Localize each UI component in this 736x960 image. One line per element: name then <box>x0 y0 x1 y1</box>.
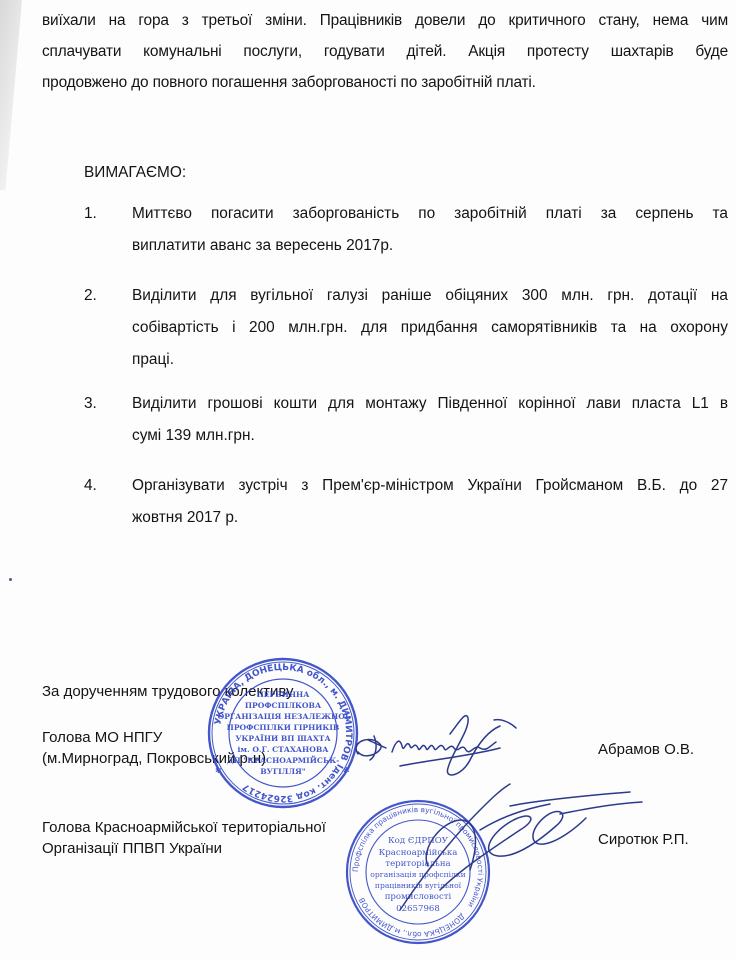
demand-3-line-2: сумі 139 млн.грн. <box>132 420 728 452</box>
svg-text:ПРОФСПІЛКИ ГІРНИКІВ: ПРОФСПІЛКИ ГІРНИКІВ <box>227 723 340 732</box>
demand-text: Організувати зустріч з Прем'єр-міністром… <box>132 470 728 534</box>
svg-text:ОРГАНІЗАЦІЯ НЕЗАЛЕЖНОЇ: ОРГАНІЗАЦІЯ НЕЗАЛЕЖНОЇ <box>218 712 349 721</box>
demand-number: 4. <box>84 470 97 502</box>
union-stamp-1-icon: УКРАЇНА, ДОНЕЦЬКА обл., м. ДИМИТРОВ Іден… <box>205 655 361 811</box>
svg-text:ПЕРВИННА: ПЕРВИННА <box>257 690 311 699</box>
intro-line-1: виїхали на гора з третьої зміни. Працівн… <box>42 5 728 36</box>
demand-4-line-1: Організувати зустріч з Прем'єр-міністром… <box>132 470 728 502</box>
demand-number: 2. <box>84 280 97 312</box>
svg-text:ДП "КРАСНОАРМІЙСЬК-: ДП "КРАСНОАРМІЙСЬК- <box>227 755 340 765</box>
intro-line-2: сплачувати комунальні послуги, годувати … <box>42 36 728 67</box>
intro-paragraph: виїхали на гора з третьої зміни. Працівн… <box>42 5 728 98</box>
demand-text: Виділити грошові кошти для монтажу Півде… <box>132 388 728 452</box>
signer2-title-line2: Організації ППВП України <box>42 839 222 859</box>
demand-2-line-2: собівартість і 200 млн.грн. для придбанн… <box>132 312 728 344</box>
svg-text:УКРАЇНИ ВП ШАХТА: УКРАЇНИ ВП ШАХТА <box>235 734 331 743</box>
signer2-title-line1: Голова Красноармійської територіальної <box>42 818 326 838</box>
svg-text:ПРОФСПІЛКОВА: ПРОФСПІЛКОВА <box>245 701 322 710</box>
page-edge-shadow <box>0 0 22 190</box>
intro-line-3: продовжено до повного погашення заборгов… <box>42 67 728 98</box>
svg-text:ім. О.Г. СТАХАНОВА: ім. О.Г. СТАХАНОВА <box>238 745 330 754</box>
demand-2-line-1: Виділити для вугільної галузі раніше обі… <box>132 280 728 312</box>
demand-number: 3. <box>84 388 97 420</box>
scan-speck <box>9 578 12 581</box>
demand-text: Миттєво погасити заборгованість по зароб… <box>132 198 728 262</box>
scanned-document-page: виїхали на гора з третьої зміни. Працівн… <box>0 0 736 960</box>
signer1-name: Абрамов О.В. <box>598 740 694 760</box>
demand-4-line-2: жовтня 2017 р. <box>132 502 728 534</box>
svg-text:✱: ✱ <box>215 766 222 775</box>
demand-number: 1. <box>84 198 97 230</box>
demand-3-line-1: Виділити грошові кошти для монтажу Півде… <box>132 388 728 420</box>
signer1-title-line1: Голова МО НПГУ <box>42 728 162 748</box>
demand-1-line-1: Миттєво погасити заборгованість по зароб… <box>132 198 728 230</box>
demand-1-line-2: виплатити аванс за вересень 2017р. <box>132 230 728 262</box>
demands-heading: ВИМАГАЄМО: <box>84 164 186 182</box>
svg-text:ВУГІЛЛЯ": ВУГІЛЛЯ" <box>260 767 306 776</box>
signature-2-icon <box>380 770 670 920</box>
demand-2-line-3: праці. <box>132 344 728 376</box>
demand-text: Виділити для вугільної галузі раніше обі… <box>132 280 728 376</box>
